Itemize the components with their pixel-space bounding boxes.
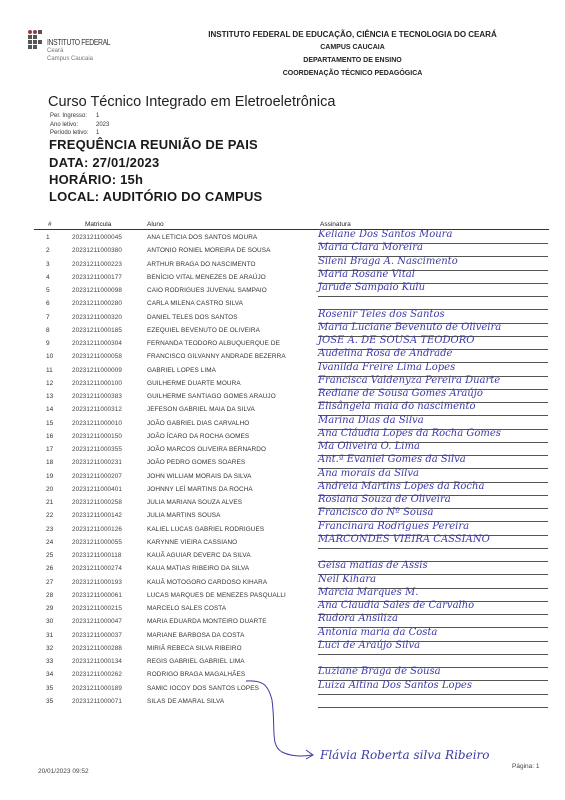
row-student-name: JOÃO MARCOS OLIVEIRA BERNARDO <box>147 446 266 453</box>
row-student-name: KALIEL LUCAS GABRIEL RODRIGUES <box>147 526 264 533</box>
page-number: Página: 1 <box>512 763 539 770</box>
department-name: DEPARTAMENTO DE ENSINO <box>150 57 555 64</box>
row-matricula: 20231211000058 <box>72 353 122 360</box>
table-row: 3520231211000071SILAS DE AMARAL SILVA <box>0 695 565 708</box>
row-signature: JOSE A. DE SOUSA TEODORO <box>318 335 553 346</box>
row-student-name: SAMIC IOCOY DOS SANTOS LOPES <box>147 685 259 692</box>
row-signature: Marina Dias da Silva <box>318 415 553 426</box>
row-student-name: JOHNNY LEÍ MARTINS DA ROCHA <box>147 486 253 493</box>
row-student-name: MARIANE BARBOSA DA COSTA <box>147 632 244 639</box>
table-row: 3520231211000189SAMIC IOCOY DOS SANTOS L… <box>0 682 565 695</box>
row-signature: Maria Rosane Vital <box>318 269 553 280</box>
row-matricula: 20231211000401 <box>72 486 122 493</box>
row-number: 13 <box>46 393 60 400</box>
row-student-name: MARIA EDUARDA MONTEIRO DUARTE <box>147 618 267 625</box>
row-number: 15 <box>46 420 60 427</box>
row-signature: Ma Oliveira O. Lima <box>318 441 553 452</box>
row-signature: Marcia Marques M. <box>318 587 553 598</box>
row-signature: Rosenir Teles dos Santos <box>318 309 553 320</box>
row-student-name: JOÃO GABRIEL DIAS CARVALHO <box>147 420 249 427</box>
row-signature: Ana Claudia Sales de Carvalho <box>318 600 553 611</box>
row-student-name: EZEQUIEL BEVENUTO DE OLIVEIRA <box>147 327 260 334</box>
meta-label: Período letivo: <box>50 130 88 136</box>
row-student-name: SILAS DE AMARAL SILVA <box>147 698 224 705</box>
row-number: 22 <box>46 512 60 519</box>
header-matricula: Matricula <box>85 221 111 228</box>
row-matricula: 20231211000231 <box>72 459 122 466</box>
row-matricula: 20231211000009 <box>72 367 122 374</box>
row-number: 30 <box>46 618 60 625</box>
row-number: 35 <box>46 698 60 705</box>
row-number: 4 <box>46 274 60 281</box>
row-number: 19 <box>46 473 60 480</box>
row-student-name: GABRIEL LOPES LIMA <box>147 367 216 374</box>
event-title: FREQUÊNCIA REUNIÃO DE PAIS <box>49 137 258 152</box>
row-matricula: 20231211000142 <box>72 512 122 519</box>
row-matricula: 20231211000177 <box>72 274 122 281</box>
row-matricula: 20231211000134 <box>72 658 122 665</box>
row-signature: Audelina Rosa de Andrade <box>318 348 553 359</box>
row-signature: Maria Clara Moreira <box>318 242 553 253</box>
header-number: # <box>48 221 52 228</box>
row-number: 26 <box>46 565 60 572</box>
row-number: 9 <box>46 340 60 347</box>
row-matricula: 20231211000312 <box>72 406 122 413</box>
row-number: 1 <box>46 234 60 241</box>
row-number: 32 <box>46 645 60 652</box>
row-number: 11 <box>46 367 60 374</box>
event-place: LOCAL: AUDITÓRIO DO CAMPUS <box>49 189 262 204</box>
row-student-name: JULIA MARTINS SOUSA <box>147 512 221 519</box>
row-student-name: FRANCISCO GILVANNY ANDRADE BEZERRA <box>147 353 286 360</box>
event-date: DATA: 27/01/2023 <box>49 155 159 170</box>
row-matricula: 20231211000304 <box>72 340 122 347</box>
row-signature: Jarude Sampaio Kulu <box>318 282 553 293</box>
row-number: 33 <box>46 658 60 665</box>
row-number: 8 <box>46 327 60 334</box>
row-signature: Geisa matias de Assis <box>318 560 553 571</box>
row-number: 16 <box>46 433 60 440</box>
row-student-name: DANIEL TELES DOS SANTOS <box>147 314 238 321</box>
row-number: 10 <box>46 353 60 360</box>
row-matricula: 20231211000061 <box>72 592 122 599</box>
meta-value: 1 <box>96 130 99 136</box>
row-matricula: 20231211000280 <box>72 300 122 307</box>
row-matricula: 20231211000383 <box>72 393 122 400</box>
header-assinatura: Assinatura <box>320 221 351 228</box>
row-matricula: 20231211000185 <box>72 327 122 334</box>
row-matricula: 20231211000189 <box>72 685 122 692</box>
meta-ingresso: Per. Ingresso:1 <box>50 113 87 119</box>
row-student-name: ARTHUR BRAGA DO NASCIMENTO <box>147 261 256 268</box>
row-student-name: GUILHERME DUARTE MOURA <box>147 380 241 387</box>
row-number: 6 <box>46 300 60 307</box>
row-number: 2 <box>46 247 60 254</box>
row-matricula: 20231211000047 <box>72 618 122 625</box>
row-signature: Andreia Martins Lopes da Rocha <box>318 481 553 492</box>
row-student-name: CARLA MILENA CASTRO SILVA <box>147 300 243 307</box>
coordination-name: COORDENAÇÃO TÉCNICO PEDAGÓGICA <box>150 70 555 77</box>
row-signature: Keliane Dos Santos Moura <box>318 229 553 240</box>
meta-periodo-letivo: Período letivo:1 <box>50 130 88 136</box>
extra-signature: Flávia Roberta silva Ribeiro <box>320 748 490 762</box>
row-student-name: REGIS GABRIEL GABRIEL LIMA <box>147 658 245 665</box>
row-matricula: 20231211000215 <box>72 605 122 612</box>
row-number: 20 <box>46 486 60 493</box>
row-number: 12 <box>46 380 60 387</box>
row-signature: Maria Luciane Bevenuto de Oliveira <box>318 322 553 333</box>
row-number: 25 <box>46 552 60 559</box>
row-number: 17 <box>46 446 60 453</box>
row-number: 5 <box>46 287 60 294</box>
event-time: HORÁRIO: 15h <box>49 172 143 187</box>
campus-name: CAMPUS CAUCAIA <box>150 44 555 51</box>
row-signature: Rosiana Souza de Oliveira <box>318 494 553 505</box>
row-number: 7 <box>46 314 60 321</box>
logo-title: INSTITUTO FEDERAL <box>47 38 110 47</box>
row-student-name: LUCAS MARQUES DE MENEZES PASQUALLI <box>147 592 286 599</box>
row-signature: Francisca Valdenyza Pereira Duarte <box>318 375 553 386</box>
row-student-name: KARYNNE VIEIRA CASSIANO <box>147 539 237 546</box>
row-matricula: 20231211000055 <box>72 539 122 546</box>
row-student-name: BENÍCIO VITAL MENEZES DE ARAÚJO <box>147 274 266 281</box>
row-student-name: KAUA MATIAS RIBEIRO DA SILVA <box>147 565 249 572</box>
row-matricula: 20231211000274 <box>72 565 122 572</box>
row-matricula: 20231211000118 <box>72 552 122 559</box>
meta-ano-letivo: Ano letivo:2023 <box>50 122 78 128</box>
institution-logo: INSTITUTO FEDERAL Ceará Campus Caucaia <box>28 30 138 80</box>
row-student-name: JULIA MARIANA SOUZA ALVES <box>147 499 242 506</box>
row-signature: Luziane Braga de Sousa <box>318 666 553 677</box>
institution-name: INSTITUTO FEDERAL DE EDUCAÇÃO, CIÊNCIA E… <box>150 30 555 39</box>
row-matricula: 20231211000207 <box>72 473 122 480</box>
table-row: 3220231211000288MIRIÃ REBECA SILVA RIBEI… <box>0 642 565 655</box>
row-number: 34 <box>46 671 60 678</box>
row-matricula: 20231211000355 <box>72 446 122 453</box>
row-student-name: ANTONIO RONIEL MOREIRA DE SOUSA <box>147 247 270 254</box>
meta-label: Ano letivo: <box>50 122 78 128</box>
signature-line <box>318 707 548 708</box>
row-signature: Neil Kihara <box>318 574 553 585</box>
table-row: 520231211000098CAIO RODRIGUES JUVENAL SA… <box>0 284 565 297</box>
row-matricula: 20231211000010 <box>72 420 122 427</box>
row-number: 35 <box>46 685 60 692</box>
print-timestamp: 20/01/2023 09:52 <box>38 768 89 775</box>
row-number: 23 <box>46 526 60 533</box>
row-signature: Luiza Altina Dos Santos Lopes <box>318 680 553 691</box>
row-matricula: 20231211000380 <box>72 247 122 254</box>
row-student-name: KAUÃ MOTOGORO CARDOSO KIHARA <box>147 579 267 586</box>
row-signature: Ivanilda Freire Lima Lopes <box>318 362 553 373</box>
row-number: 24 <box>46 539 60 546</box>
row-signature: Ant.ª Evaniel Gomes da Silva <box>318 454 553 465</box>
row-matricula: 20231211000150 <box>72 433 122 440</box>
row-matricula: 20231211000126 <box>72 526 122 533</box>
logo-subtitle-state: Ceará <box>47 48 63 54</box>
row-student-name: JOHN WILLIAM MORAIS DA SILVA <box>147 473 251 480</box>
meta-value: 2023 <box>96 122 109 128</box>
row-number: 21 <box>46 499 60 506</box>
row-student-name: RODRIGO BRAGA MAGALHÃES <box>147 671 245 678</box>
course-title: Curso Técnico Integrado em Eletroeletrôn… <box>48 94 335 110</box>
row-signature: Rediane de Sousa Gomes Araújo <box>318 388 553 399</box>
row-number: 31 <box>46 632 60 639</box>
row-matricula: 20231211000223 <box>72 261 122 268</box>
row-signature: Antonia maria da Costa <box>318 627 553 638</box>
row-student-name: CAIO RODRIGUES JUVENAL SAMPAIO <box>147 287 267 294</box>
row-number: 29 <box>46 605 60 612</box>
row-signature: Rudora Ansiliza <box>318 613 553 624</box>
logo-grid-icon <box>28 30 42 49</box>
row-signature: Francisco do Nº Sousa <box>318 507 553 518</box>
row-student-name: MARCELO SALES COSTA <box>147 605 226 612</box>
logo-subtitle-campus: Campus Caucaia <box>47 56 93 62</box>
meta-label: Per. Ingresso: <box>50 113 87 119</box>
row-number: 18 <box>46 459 60 466</box>
row-matricula: 20231211000071 <box>72 698 122 705</box>
row-matricula: 20231211000045 <box>72 234 122 241</box>
row-number: 27 <box>46 579 60 586</box>
row-matricula: 20231211000262 <box>72 671 122 678</box>
row-student-name: FERNANDA TEODORO ALBUQUERQUE DE <box>147 340 280 347</box>
row-student-name: ANA LETICIA DOS SANTOS MOURA <box>147 234 257 241</box>
row-number: 14 <box>46 406 60 413</box>
row-signature: Ana morais da Silva <box>318 468 553 479</box>
row-student-name: JEFESON GABRIEL MAIA DA SILVA <box>147 406 255 413</box>
row-signature: MARCONDES VIEIRA CASSIANO <box>318 534 553 545</box>
table-row: 2420231211000055KARYNNE VIEIRA CASSIANOM… <box>0 536 565 549</box>
row-matricula: 20231211000288 <box>72 645 122 652</box>
row-matricula: 20231211000098 <box>72 287 122 294</box>
row-signature: Francinara Rodrigues Pereira <box>318 521 553 532</box>
row-matricula: 20231211000320 <box>72 314 122 321</box>
row-student-name: KAUÃ AGUIAR DEVERC DA SILVA <box>147 552 251 559</box>
row-number: 28 <box>46 592 60 599</box>
row-student-name: JOÃO PEDRO GOMES SOARES <box>147 459 245 466</box>
row-student-name: MIRIÃ REBECA SILVA RIBEIRO <box>147 645 242 652</box>
row-signature: Luci de Araújo Silva <box>318 640 553 651</box>
row-matricula: 20231211000100 <box>72 380 122 387</box>
row-signature: Ana Cláudia Lopes da Rocha Gomes <box>318 428 553 439</box>
row-matricula: 20231211000193 <box>72 579 122 586</box>
row-number: 3 <box>46 261 60 268</box>
row-signature: Elisângela maia do nascimento <box>318 401 553 412</box>
header-aluno: Aluno <box>147 221 164 228</box>
row-signature: Sileni Braga A. Nascimento <box>318 256 553 267</box>
meta-value: 1 <box>96 113 99 119</box>
row-matricula: 20231211000037 <box>72 632 122 639</box>
row-matricula: 20231211000258 <box>72 499 122 506</box>
row-student-name: JOÃO ÍCARO DA ROCHA GOMES <box>147 433 249 440</box>
row-student-name: GUILHERME SANTIAGO GOMES ARAUJO <box>147 393 276 400</box>
